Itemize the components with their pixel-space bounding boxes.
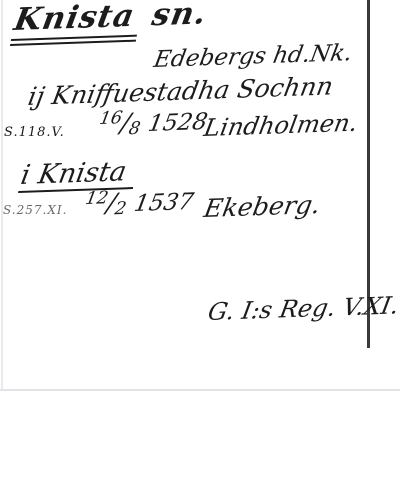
date-2-month: 2 [113, 199, 128, 219]
date-2-fraction: 12/2 [82, 189, 130, 220]
date-1-month: 8 [127, 119, 142, 139]
card-left-edge-line [1, 0, 3, 390]
card-bottom-edge-line [0, 389, 400, 391]
headword-line: Knista sn. [10, 0, 209, 46]
district-reference: Edebergs hd.Nk. [152, 41, 354, 72]
date-1-year: 1528 [146, 109, 210, 137]
source-place-2: Ekeberg. [202, 192, 322, 222]
excerpt-quote-1: ij Kniffuestadha Sochnn [26, 73, 335, 110]
date-2-year: 1537 [132, 189, 196, 217]
date-2: 12/2 1537 [82, 186, 196, 219]
source-place-1: Lindholmen. [202, 111, 360, 141]
date-1-fraction: 16/8 [96, 109, 144, 140]
headword: Knista [10, 0, 143, 46]
page-reference-1: S.118.V. [4, 126, 65, 140]
date-1: 16/8 1528 [96, 106, 210, 139]
headword-suffix: sn. [149, 0, 210, 33]
index-card: Knista sn. Edebergs hd.Nk. ij Kniffuesta… [0, 0, 400, 478]
source-citation: G. I:s Reg. V.XI. [206, 293, 400, 325]
page-reference-2: S.257.XI. [3, 204, 67, 217]
